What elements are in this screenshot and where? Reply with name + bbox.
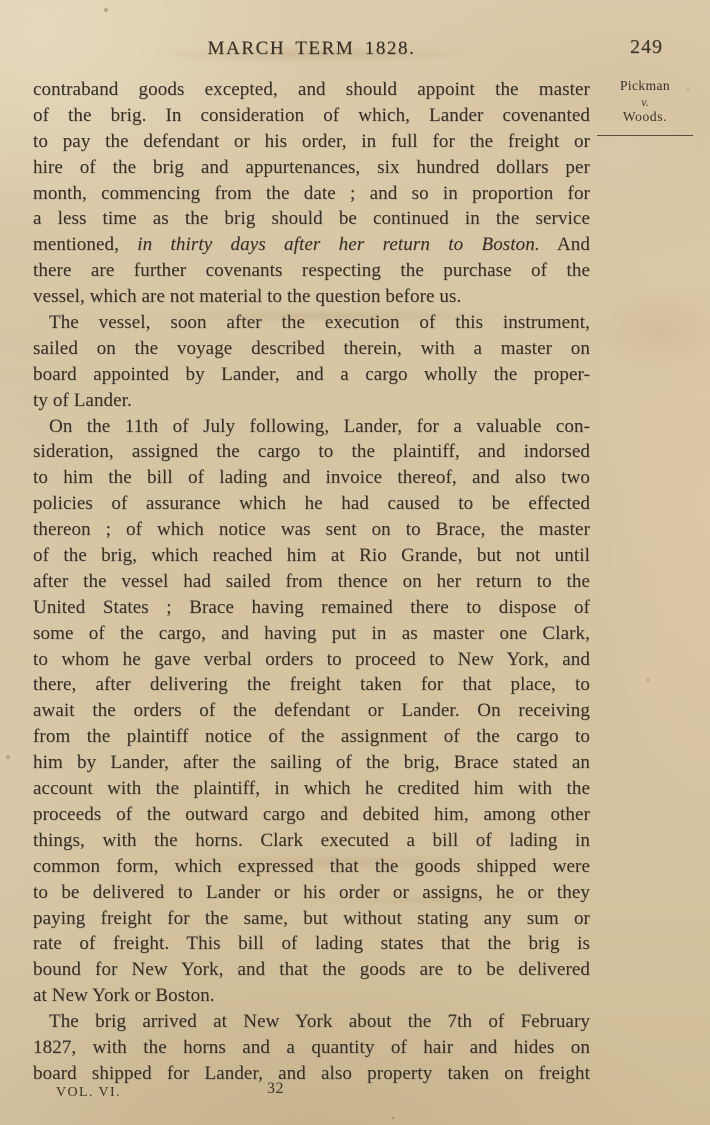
- text-segment: from the plaintiff notice of the assignm…: [33, 726, 590, 747]
- text-line: ty of Lander.: [33, 388, 590, 414]
- text-segment: The brig arrived at New York about the 7…: [49, 1011, 590, 1032]
- text-line: United States ; Brace having remained th…: [33, 595, 590, 621]
- text-segment: him by Lander, after the sailing of the …: [33, 752, 590, 773]
- text-line: from the plaintiff notice of the assignm…: [33, 724, 590, 750]
- text-segment: there are further covenants respecting t…: [33, 260, 590, 281]
- text-segment: to him the bill of lading and invoice th…: [33, 467, 590, 488]
- text-line: of the brig, which reached him at Rio Gr…: [33, 543, 590, 569]
- margin-note-case-name: Pickman v. Woods.: [596, 79, 694, 136]
- text-line: account with the plaintiff, in which he …: [33, 776, 590, 802]
- text-segment: United States ; Brace having remained th…: [33, 597, 590, 618]
- text-line: board appointed by Lander, and a cargo w…: [33, 362, 590, 388]
- text-segment: On the 11th of July following, Lander, f…: [49, 416, 590, 437]
- paragraph: On the 11th of July following, Lander, f…: [33, 414, 590, 1009]
- text-segment: vessel, which are not material to the qu…: [33, 286, 461, 307]
- text-segment: hire of the brig and appurtenances, six …: [33, 157, 590, 178]
- text-segment: board shipped for Lander, and also prope…: [33, 1063, 590, 1084]
- text-segment: things, with the horns. Clark executed a…: [33, 830, 590, 851]
- text-segment: month, commencing from the date ; and so…: [33, 183, 590, 204]
- text-segment: policies of assurance which he had cause…: [33, 493, 590, 514]
- text-segment: after the vessel had sailed from thence …: [33, 571, 590, 592]
- text-line: contraband goods excepted, and should ap…: [33, 77, 590, 103]
- text-line: there, after delivering the freight take…: [33, 672, 590, 698]
- text-line: The vessel, soon after the execution of …: [33, 310, 590, 336]
- text-line: proceeds of the outward cargo and debite…: [33, 802, 590, 828]
- volume-label: VOL. VI.: [56, 1085, 121, 1101]
- text-segment: await the orders of the defendant or Lan…: [33, 700, 590, 721]
- text-segment: contraband goods excepted, and should ap…: [33, 79, 590, 100]
- text-line: The brig arrived at New York about the 7…: [33, 1009, 590, 1035]
- text-line: at New York or Boston.: [33, 983, 590, 1009]
- text-segment: sideration, assigned the cargo to the pl…: [33, 441, 590, 462]
- text-line: a less time as the brig should be contin…: [33, 206, 590, 232]
- paragraph: contraband goods excepted, and should ap…: [33, 77, 590, 310]
- text-line: vessel, which are not material to the qu…: [33, 284, 590, 310]
- text-line: him by Lander, after the sailing of the …: [33, 750, 590, 776]
- text-line: to him the bill of lading and invoice th…: [33, 465, 590, 491]
- text-line: bound for New York, and that the goods a…: [33, 957, 590, 983]
- paragraph: The vessel, soon after the execution of …: [33, 310, 590, 414]
- text-line: to whom he gave verbal orders to proceed…: [33, 647, 590, 673]
- margin-note-defendant: Woods.: [596, 110, 694, 125]
- text-segment: ty of Lander.: [33, 390, 132, 411]
- text-line: rate of freight. This bill of lading sta…: [33, 931, 590, 957]
- text-line: to pay the defendant or his order, in fu…: [33, 129, 590, 155]
- book-page: MARCH TERM 1828. 249 Pickman v. Woods. c…: [0, 0, 710, 1125]
- text-segment: a less time as the brig should be contin…: [33, 208, 590, 229]
- page-number: 249: [630, 36, 663, 59]
- text-line: await the orders of the defendant or Lan…: [33, 698, 590, 724]
- text-segment: at New York or Boston.: [33, 985, 215, 1006]
- text-segment: there, after delivering the freight take…: [33, 674, 590, 695]
- text-segment: 1827, with the horns and a quantity of h…: [33, 1037, 590, 1058]
- text-line: to be delivered to Lander or his order o…: [33, 880, 590, 906]
- text-line: there are further covenants respecting t…: [33, 258, 590, 284]
- text-line: On the 11th of July following, Lander, f…: [33, 414, 590, 440]
- text-segment: proceeds of the outward cargo and debite…: [33, 804, 590, 825]
- text-line: paying freight for the same, but without…: [33, 906, 590, 932]
- text-segment: account with the plaintiff, in which he …: [33, 778, 590, 799]
- text-line: thereon ; of which notice was sent on to…: [33, 517, 590, 543]
- text-segment: bound for New York, and that the goods a…: [33, 959, 590, 980]
- text-segment: of the brig, which reached him at Rio Gr…: [33, 545, 590, 566]
- text-segment: The vessel, soon after the execution of …: [49, 312, 590, 333]
- text-line: month, commencing from the date ; and so…: [33, 181, 590, 207]
- text-segment: mentioned,: [33, 234, 137, 255]
- text-segment: to whom he gave verbal orders to proceed…: [33, 649, 590, 670]
- text-segment: board appointed by Lander, and a cargo w…: [33, 364, 590, 385]
- margin-note-plaintiff: Pickman: [596, 79, 694, 94]
- paragraph: The brig arrived at New York about the 7…: [33, 1009, 590, 1087]
- text-segment: thereon ; of which notice was sent on to…: [33, 519, 590, 540]
- text-line: mentioned, in thirty days after her retu…: [33, 232, 590, 258]
- margin-note-versus: v.: [596, 96, 694, 109]
- text-segment: some of the cargo, and having put in as …: [33, 623, 590, 644]
- signature-mark: 32: [267, 1080, 284, 1098]
- text-line: of the brig. In consideration of which, …: [33, 103, 590, 129]
- text-segment: paying freight for the same, but without…: [33, 908, 590, 929]
- margin-note-rule: [597, 135, 693, 136]
- text-segment: common form, which expressed that the go…: [33, 856, 590, 877]
- text-line: policies of assurance which he had cause…: [33, 491, 590, 517]
- text-segment: of the brig. In consideration of which, …: [33, 105, 590, 126]
- text-segment: sailed on the voyage described therein, …: [33, 338, 590, 359]
- italic-text-segment: in thirty days after her return to Bosto…: [137, 234, 540, 255]
- body-text: contraband goods excepted, and should ap…: [33, 77, 590, 1087]
- text-line: common form, which expressed that the go…: [33, 854, 590, 880]
- text-line: some of the cargo, and having put in as …: [33, 621, 590, 647]
- text-line: sideration, assigned the cargo to the pl…: [33, 439, 590, 465]
- text-line: things, with the horns. Clark executed a…: [33, 828, 590, 854]
- text-line: after the vessel had sailed from thence …: [33, 569, 590, 595]
- text-segment: rate of freight. This bill of lading sta…: [33, 933, 590, 954]
- text-segment: to pay the defendant or his order, in fu…: [33, 131, 590, 152]
- text-line: sailed on the voyage described therein, …: [33, 336, 590, 362]
- text-line: hire of the brig and appurtenances, six …: [33, 155, 590, 181]
- text-line: 1827, with the horns and a quantity of h…: [33, 1035, 590, 1061]
- text-segment: to be delivered to Lander or his order o…: [33, 882, 590, 903]
- text-segment: And: [540, 234, 590, 255]
- running-head-title: MARCH TERM 1828.: [33, 38, 590, 60]
- text-line: board shipped for Lander, and also prope…: [33, 1061, 590, 1087]
